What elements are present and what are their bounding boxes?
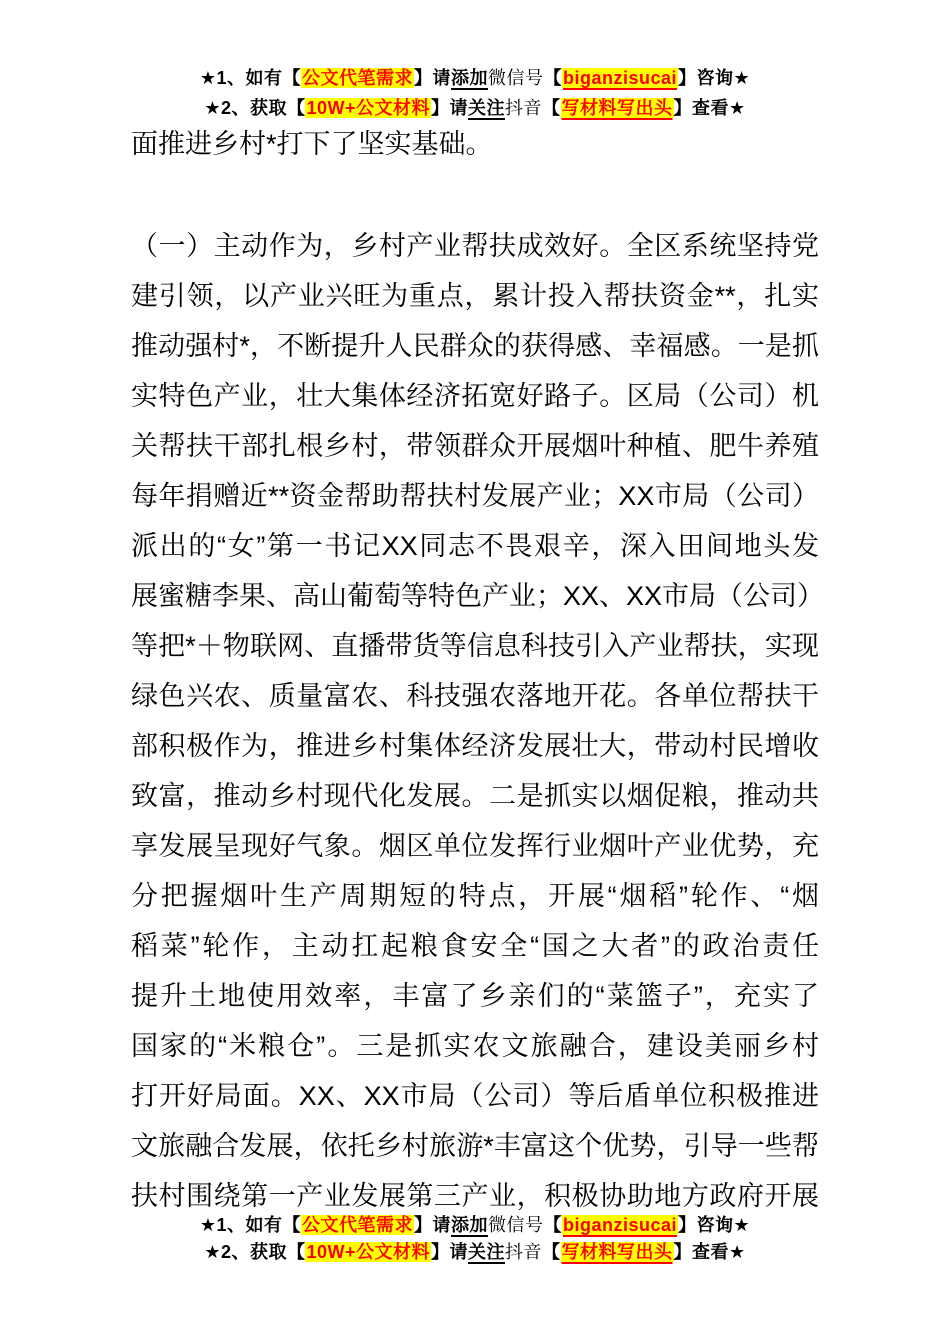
banner-segment: 公文代笔需求 [301,1215,414,1235]
banner-segment: 写材料写出头 [561,98,674,118]
banner-segment: 】咨询★ [678,68,750,88]
banner-segment: 添加 [451,1215,488,1235]
banner-segment: 】查看★ [674,98,746,118]
document-line: 提升土地使用效率，丰富了乡亲们的“菜篮子”，充实了 [131,971,819,1021]
banner-segment: biganzisucai [562,1215,678,1235]
document-line: 关帮扶干部扎根乡村，带领群众开展烟叶种植、肥牛养殖 [131,421,819,471]
document-line: 国家的“米粮仓”。三是抓实农文旅融合，建设美丽乡村 [131,1021,819,1071]
document-line: 文旅融合发展，依托乡村旅游*丰富这个优势，引导一些帮 [131,1121,819,1171]
banner-segment: 抖音 [505,1242,542,1262]
banner-segment: 关注 [468,98,505,118]
banner-segment: 10W+公文材料 [305,98,431,118]
banner-segment: 【 [543,1215,562,1235]
document-line: （一）主动作为，乡村产业帮扶成效好。全区系统坚持党 [131,221,819,271]
banner-segment: 【 [542,1242,561,1262]
banner-segment: 关注 [468,1242,505,1262]
banner-segment: 】请 [414,68,451,88]
promo-banner-top: ★1、如有【公文代笔需求】请添加微信号【biganzisucai】咨询★ ★2、… [0,63,950,123]
banner-segment: 】请 [431,1242,468,1262]
promo-banner-bottom: ★1、如有【公文代笔需求】请添加微信号【biganzisucai】咨询★ ★2、… [0,1212,950,1266]
document-line: 稻菜”轮作，主动扛起粮食安全“国之大者”的政治责任 [131,921,819,971]
banner-segment: 微信号 [488,68,544,88]
document-line: 建引领，以产业兴旺为重点，累计投入帮扶资金**，扎实 [131,271,819,321]
promo-banner-bottom-line-1: ★1、如有【公文代笔需求】请添加微信号【biganzisucai】咨询★ [0,1212,950,1239]
banner-segment: 】请 [414,1215,451,1235]
document-line: 面推进乡村*打下了坚实基础。 [131,119,819,169]
banner-segment: ★1、如有【 [200,68,301,88]
banner-segment: 写材料写出头 [561,1242,674,1262]
document-line: 部积极作为，推进乡村集体经济发展壮大，带动村民增收 [131,721,819,771]
banner-segment: 微信号 [488,1215,544,1235]
banner-segment: ★1、如有【 [200,1215,301,1235]
banner-segment: 【 [543,68,562,88]
document-line: 绿色兴农、质量富农、科技强农落地开花。各单位帮扶干 [131,671,819,721]
document-line: 享发展呈现好气象。烟区单位发挥行业烟叶产业优势，充 [131,821,819,871]
document-line: 实特色产业，壮大集体经济拓宽好路子。区局（公司）机 [131,371,819,421]
document-line: 派出的“女”第一书记XX同志不畏艰辛，深入田间地头发 [131,521,819,571]
banner-segment: ★2、获取【 [204,98,305,118]
banner-segment: 【 [542,98,561,118]
document-line: 推动强村*，不断提升人民群众的获得感、幸福感。一是抓 [131,321,819,371]
banner-segment: 】请 [431,98,468,118]
banner-segment: 】查看★ [674,1242,746,1262]
banner-segment: 公文代笔需求 [301,68,414,88]
banner-segment: 】咨询★ [678,1215,750,1235]
banner-segment: 添加 [451,68,488,88]
document-line: 每年捐赠近**资金帮助帮扶村发展产业；XX市局（公司） [131,471,819,521]
document-line: 打开好局面。XX、XX市局（公司）等后盾单位积极推进农 [131,1071,819,1121]
document-line: 分把握烟叶生产周期短的特点，开展“烟稻”轮作、“烟 [131,871,819,921]
banner-segment: 抖音 [505,98,542,118]
banner-segment: 10W+公文材料 [305,1242,431,1262]
document-line: 等把*＋物联网、直播带货等信息科技引入产业帮扶，实现 [131,621,819,671]
promo-banner-bottom-line-2: ★2、获取【10W+公文材料】请关注抖音【写材料写出头】查看★ [0,1239,950,1266]
document-page: ★1、如有【公文代笔需求】请添加微信号【biganzisucai】咨询★ ★2、… [0,0,950,1344]
document-line: 展蜜糖李果、高山葡萄等特色产业；XX、XX市局（公司） [131,571,819,621]
banner-segment: ★2、获取【 [204,1242,305,1262]
banner-segment: biganzisucai [562,68,678,88]
document-body: 面推进乡村*打下了坚实基础。 （一）主动作为，乡村产业帮扶成效好。全区系统坚持党… [131,119,819,1221]
document-line: 致富，推动乡村现代化发展。二是抓实以烟促粮，推动共 [131,771,819,821]
promo-banner-top-line-1: ★1、如有【公文代笔需求】请添加微信号【biganzisucai】咨询★ [0,63,950,93]
